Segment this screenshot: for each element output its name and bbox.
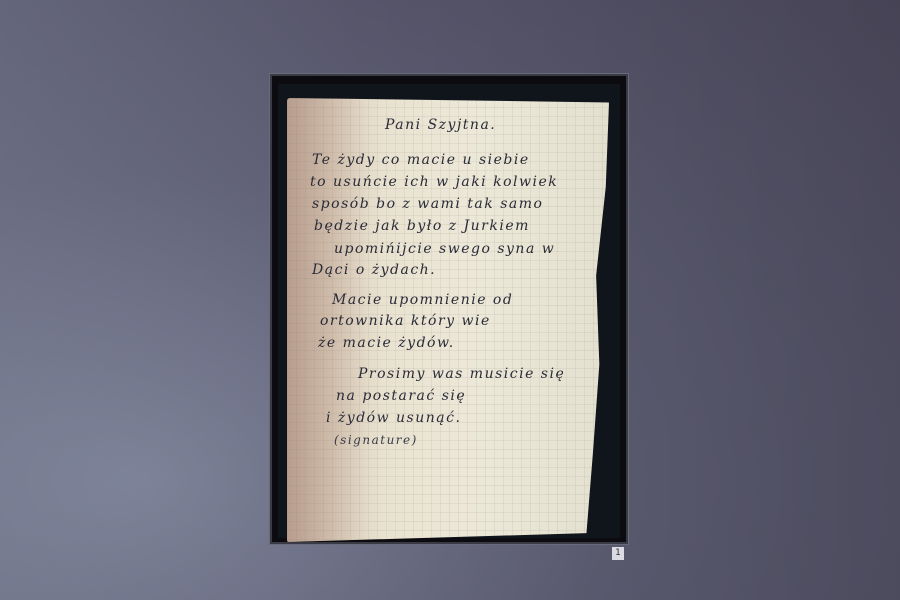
letter-line: ortownika który wie (320, 313, 491, 329)
letter-salutation: Pani Szyjtna. (385, 117, 496, 133)
letter-line: Macie upomnienie od (332, 292, 513, 308)
letter-line: upomińijcie swego syna w (334, 241, 555, 257)
letter-line: Te żydy co macie u siebie (312, 152, 530, 168)
letter-line: to usuńcie ich w jaki kolwiek (310, 174, 558, 190)
exhibit-number-label: 1 (612, 547, 624, 560)
letter-line: i żydów usunąć. (326, 410, 461, 426)
letter-line: będzie jak było z Jurkiem (314, 218, 530, 234)
letter-line: Prosimy was musicie się (358, 366, 565, 382)
letter-signature: (signature) (334, 433, 418, 447)
letter-line: na postarać się (336, 388, 466, 404)
letter-line: Dąci o żydach. (312, 262, 436, 278)
letter-line: że macie żydów. (318, 335, 455, 351)
letter-line: sposób bo z wami tak samo (312, 196, 543, 212)
